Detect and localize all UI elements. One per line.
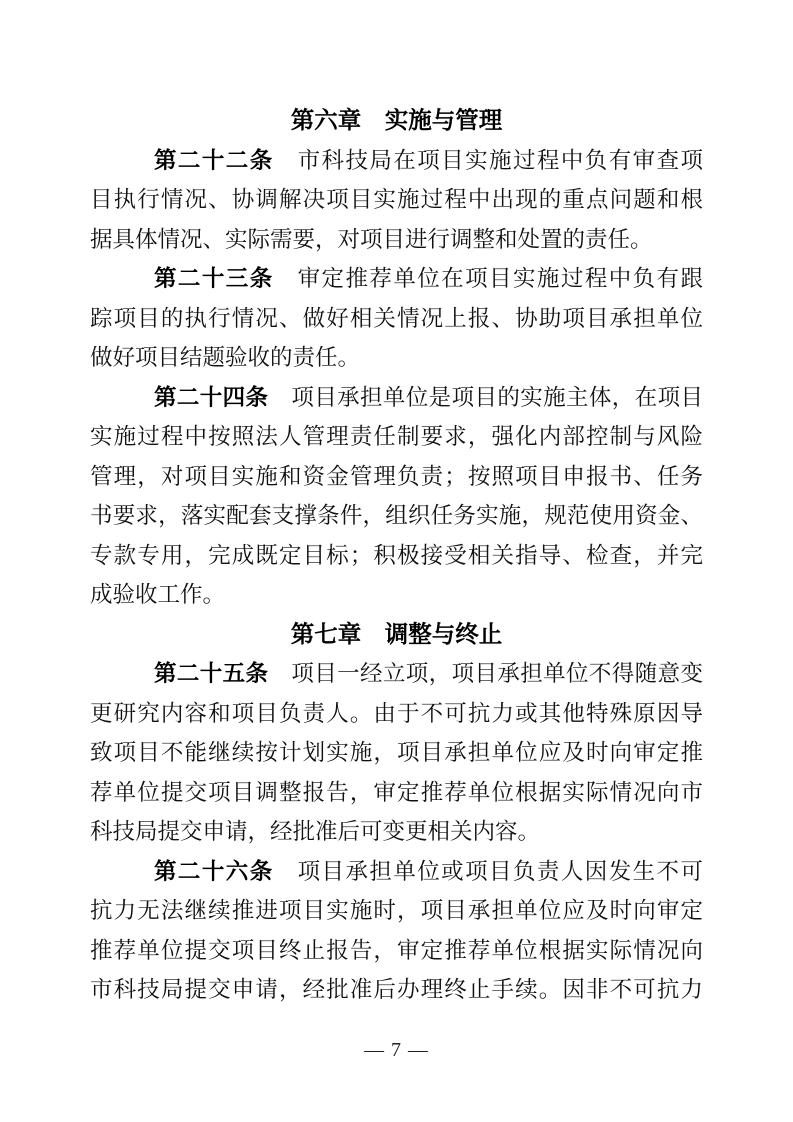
article-25-line-2: 更研究内容和项目负责人。由于不可抗力或其他特殊原因导 [90,694,703,734]
article-22-line-2: 目执行情况、协调解决项目实施过程中出现的重点问题和根 [90,180,703,220]
article-26-text: 项目承担单位或项目负责人因发生不可 [298,859,703,884]
article-23-line-2: 踪项目的执行情况、做好相关情况上报、协助项目承担单位 [90,299,703,339]
article-24-line-2: 实施过程中按照法人管理责任制要求，强化内部控制与风险 [90,417,703,457]
article-25-line-3: 致项目不能继续按计划实施，项目承担单位应及时向审定推 [90,733,703,773]
article-24-text: 项目承担单位是项目的实施主体，在项目 [291,385,703,410]
article-24-line-6: 成验收工作。 [90,575,703,615]
article-25-paragraph: 第二十五条 项目一经立项，项目承担单位不得随意变 更研究内容和项目负责人。由于不… [90,654,703,852]
document-page: 第六章 实施与管理 第二十二条 市科技局在项目实施过程中负有审查项 目执行情况、… [0,0,793,1122]
chapter-6-heading: 第六章 实施与管理 [90,101,703,141]
article-24-number: 第二十四条 [154,385,291,410]
article-22-line-1: 第二十二条 市科技局在项目实施过程中负有审查项 [90,141,703,181]
article-24-paragraph: 第二十四条 项目承担单位是项目的实施主体，在项目 实施过程中按照法人管理责任制要… [90,378,703,615]
article-25-text: 项目一经立项，项目承担单位不得随意变 [291,661,703,686]
article-22-text: 市科技局在项目实施过程中负有审查项 [298,148,703,173]
chapter-7-heading: 第七章 调整与终止 [90,615,703,655]
article-24-line-4: 书要求，落实配套支撑条件，组织任务实施，规范使用资金、 [90,496,703,536]
article-25-line-5: 科技局提交申请，经批准后可变更相关内容。 [90,812,703,852]
article-26-line-3: 推荐单位提交项目终止报告，审定推荐单位根据实际情况向 [90,931,703,971]
article-23-number: 第二十三条 [154,266,298,291]
article-23-line-3: 做好项目结题验收的责任。 [90,338,703,378]
article-26-paragraph: 第二十六条 项目承担单位或项目负责人因发生不可 抗力无法继续推进项目实施时，项目… [90,852,703,1010]
document-content: 第六章 实施与管理 第二十二条 市科技局在项目实施过程中负有审查项 目执行情况、… [90,101,703,1010]
article-24-line-1: 第二十四条 项目承担单位是项目的实施主体，在项目 [90,378,703,418]
article-25-line-1: 第二十五条 项目一经立项，项目承担单位不得随意变 [90,654,703,694]
article-23-paragraph: 第二十三条 审定推荐单位在项目实施过程中负有跟 踪项目的执行情况、做好相关情况上… [90,259,703,378]
article-26-number: 第二十六条 [154,859,298,884]
article-22-line-3: 据具体情况、实际需要，对项目进行调整和处置的责任。 [90,220,703,260]
article-26-line-2: 抗力无法继续推进项目实施时，项目承担单位应及时向审定 [90,891,703,931]
article-23-line-1: 第二十三条 审定推荐单位在项目实施过程中负有跟 [90,259,703,299]
article-24-line-3: 管理，对项目实施和资金管理负责；按照项目申报书、任务 [90,457,703,497]
article-25-number: 第二十五条 [154,661,291,686]
article-22-paragraph: 第二十二条 市科技局在项目实施过程中负有审查项 目执行情况、协调解决项目实施过程… [90,141,703,260]
article-25-line-4: 荐单位提交项目调整报告，审定推荐单位根据实际情况向市 [90,773,703,813]
article-26-line-4: 市科技局提交申请，经批准后办理终止手续。因非不可抗力 [90,970,703,1010]
article-26-line-1: 第二十六条 项目承担单位或项目负责人因发生不可 [90,852,703,892]
article-24-line-5: 专款专用，完成既定目标；积极接受相关指导、检查，并完 [90,536,703,576]
article-23-text: 审定推荐单位在项目实施过程中负有跟 [298,266,703,291]
page-number: — 7 — [0,1038,793,1062]
article-22-number: 第二十二条 [154,148,298,173]
